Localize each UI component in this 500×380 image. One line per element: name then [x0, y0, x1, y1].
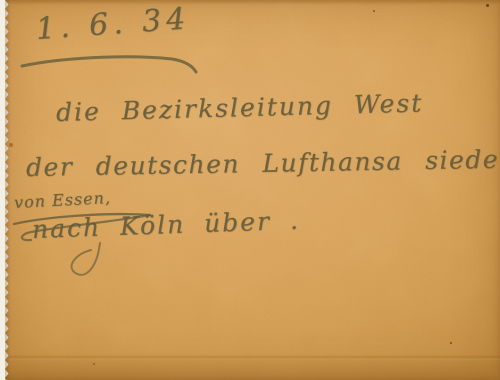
top-edge-shadow — [0, 0, 500, 5]
note-line-3-insertion: von Essen, — [14, 188, 112, 212]
perforation-shadow — [5, 0, 11, 380]
descender-loop-stroke — [72, 243, 100, 275]
fold-crease — [0, 356, 500, 360]
note-line-1: die Bezirksleitung West — [56, 88, 424, 127]
scanned-note-sheet: 1. 6. 34 die Bezirksleitung West der deu… — [0, 0, 500, 380]
perforated-edge — [0, 0, 14, 380]
paper-speck — [450, 342, 452, 344]
paper-speck — [373, 10, 375, 12]
date-text: 1. 6. 34 — [35, 1, 192, 47]
note-line-2: der deutschen Lufthansa siedelt — [26, 144, 500, 182]
date-underline-stroke — [22, 57, 196, 72]
note-line-4: nach Köln über . — [31, 206, 300, 244]
